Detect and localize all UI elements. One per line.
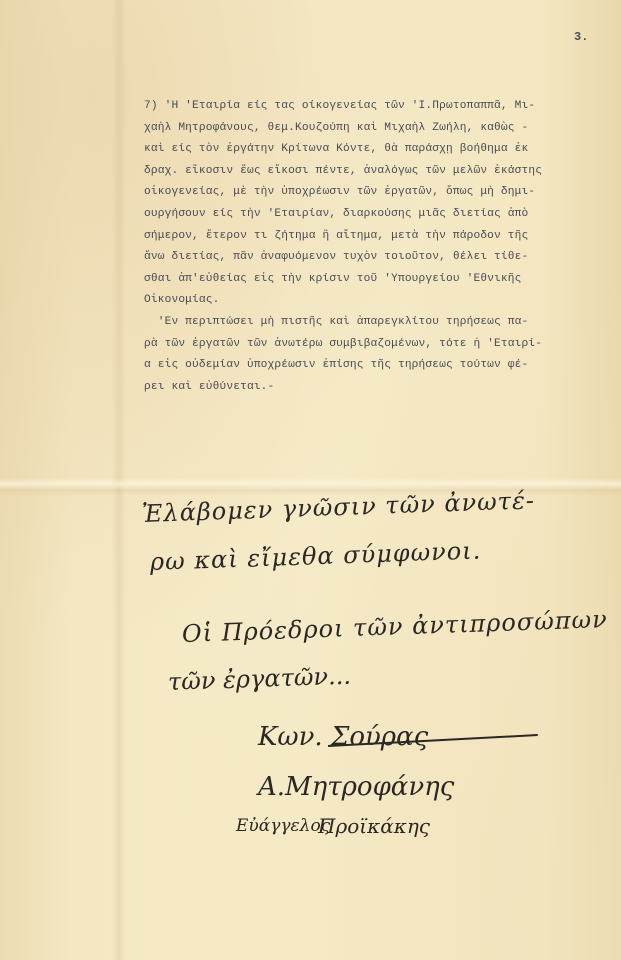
text-line: α εἰς οὐδεμίαν ὑποχρέωσιν ἐπίσης τῆς τηρ… [144,355,604,377]
text-line: δραχ. εἴκοσιν ἕως εἴκοσι πέντε, ἀναλόγως… [144,161,604,183]
signature-evangelos: Εὐάγγελος [236,816,330,836]
typed-text-body: 7) 'Η 'Εταιρία είς τας οίκογενείας τῶν '… [144,96,604,398]
text-line: σήμερον, ἕτερον τι ζήτημα ἢ αἴτημα, μετὰ… [144,226,604,248]
text-line: ουργήσουν είς τὴν 'Εταιρίαν, διαρκούσης … [144,204,604,226]
text-line: οἰκογενείας, μὲ τὴν ὑποχρέωσιν τῶν ἐργατ… [144,182,604,204]
paragraph-breach-clause: 'Εν περιπτώσει μὴ πιστῆς καὶ ἀπαρεγκλίτο… [144,312,604,398]
text-line: 7) 'Η 'Εταιρία είς τας οίκογενείας τῶν '… [144,96,604,118]
paragraph-7: 7) 'Η 'Εταιρία είς τας οίκογενείας τῶν '… [144,96,604,312]
signature-proikakis: Προϊκάκης [318,814,430,838]
text-line: 'Εν περιπτώσει μὴ πιστῆς καὶ ἀπαρεγκλίτο… [144,312,604,334]
text-line: ἄνω διετίας, πᾶν ἀναφυόμενον τυχὸν τοιοῦ… [144,247,604,269]
signature-souras: Κων. Σούρας [258,722,428,752]
text-line: καὶ είς τὸν ἐργάτην Κρίτωνα Κόντε, θὰ πα… [144,139,604,161]
signature-mitrofanis: Α.Μητροφάνης [258,772,454,802]
text-line: Οἰκονομίας. [144,290,604,312]
page-number: 3. [574,30,588,44]
text-line: χαὴλ Μητροφάνους, θεμ.Κουζούπη καὶ Μιχαὴ… [144,118,604,140]
text-line: σθαι ἀπ'εὐθείας εἰς τὴν κρίσιν τοῦ 'Υπου… [144,269,604,291]
handwritten-line-4: τῶν ἐργατῶν... [168,662,352,696]
text-line: ρει καὶ εὐθύνεται.- [144,377,604,399]
handwritten-line-2: ρω καὶ εἴμεθα σύμφωνοι. [150,536,482,576]
text-line: ρὰ τῶν ἐργατῶν τῶν ἀνωτέρω συμβιβαζομένω… [144,334,604,356]
document-page: 3. 7) 'Η 'Εταιρία είς τας οίκογενείας τῶ… [0,0,621,960]
handwritten-line-3: Οἱ Πρόεδροι τῶν ἀντιπροσώπων [182,605,609,648]
